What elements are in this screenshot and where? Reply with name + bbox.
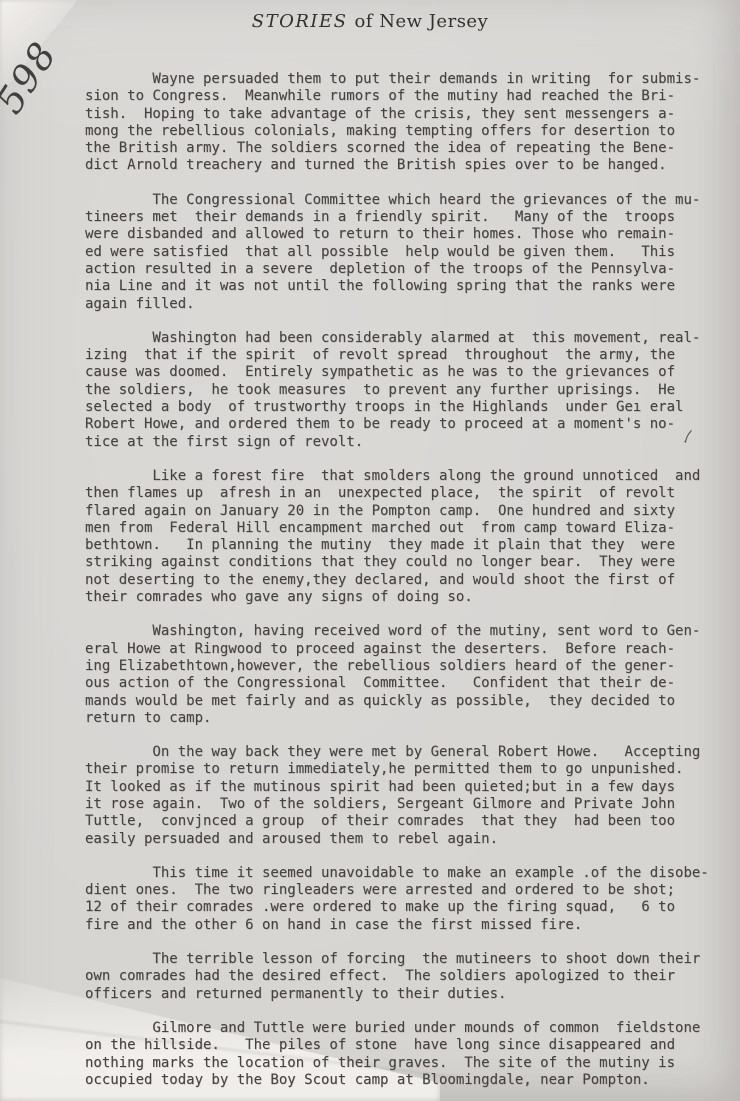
paragraph: On the way back they were met by General…	[85, 744, 725, 848]
scanned-page: 598 STORIESof New Jersey Wayne persuaded…	[0, 0, 740, 1101]
page-header: STORIESof New Jersey	[0, 11, 740, 32]
text-line: fire and the other 6 on hand in case the…	[85, 917, 725, 934]
text-line: nia Line and it was not until the follow…	[85, 278, 725, 295]
text-line: striking against conditions that they co…	[85, 554, 725, 571]
text-line: Robert Howe, and ordered them to be read…	[85, 416, 725, 433]
text-line: dict Arnold treachery and turned the Bri…	[85, 157, 725, 174]
text-line: ed were satisfied that all possible help…	[85, 244, 725, 261]
text-line: Tuttle, convjnced a group of their comra…	[85, 813, 725, 830]
text-line: return to camp.	[85, 710, 725, 727]
text-line: mands would be met fairly and as quickly…	[85, 693, 725, 710]
paragraph: Washington had been considerably alarmed…	[85, 330, 725, 451]
text-line: Wayne persuaded them to put their demand…	[85, 71, 725, 88]
text-line: own comrades had the desired effect. The…	[85, 968, 725, 985]
text-line: were disbanded and allowed to return to …	[85, 226, 725, 243]
text-line: men from Federal Hill encampment marched…	[85, 520, 725, 537]
paragraph: Washington, having received word of the …	[85, 623, 725, 727]
text-line: the British army. The soldiers scorned t…	[85, 140, 725, 157]
document-body: Wayne persuaded them to put their demand…	[85, 71, 725, 1101]
text-line: Gilmore and Tuttle were buried under mou…	[85, 1020, 725, 1037]
paragraph: The terrible lesson of forcing the mutin…	[85, 951, 725, 1003]
text-line: dient ones. The two ringleaders were arr…	[85, 882, 725, 899]
text-line: Like a forest fire that smolders along t…	[85, 468, 725, 485]
text-line: flared again on January 20 in the Pompto…	[85, 503, 725, 520]
text-line: again filled.	[85, 296, 725, 313]
text-line: cause was doomed. Entirely sympathetic a…	[85, 364, 725, 381]
text-line: not deserting to the enemy,they declared…	[85, 572, 725, 589]
paragraph: Wayne persuaded them to put their demand…	[85, 71, 725, 175]
text-line: sion to Congress. Meanwhile rumors of th…	[85, 88, 725, 105]
text-line: officers and returned permanently to the…	[85, 986, 725, 1003]
text-line: bethtown. In planning the mutiny they ma…	[85, 537, 725, 554]
paragraph: The Congressional Committee which heard …	[85, 192, 725, 313]
paragraph: This time it seemed unavoidable to make …	[85, 865, 725, 934]
text-line: their promise to return immediately,he p…	[85, 761, 725, 778]
text-line: izing that if the spirit of revolt sprea…	[85, 347, 725, 364]
text-line: Washington had been considerably alarmed…	[85, 330, 725, 347]
text-line: tice at the first sign of revolt.	[85, 434, 725, 451]
header-title-of-new-jersey: of New Jersey	[354, 11, 488, 32]
text-line: nothing marks the location of their grav…	[85, 1055, 725, 1072]
text-line: It looked as if the mutinous spirit had …	[85, 779, 725, 796]
text-line: tish. Hoping to take advantage of the cr…	[85, 106, 725, 123]
paragraph: Gilmore and Tuttle were buried under mou…	[85, 1020, 725, 1089]
text-line: easily persuaded and aroused them to reb…	[85, 831, 725, 848]
handwritten-page-number: 598	[0, 34, 66, 122]
text-line: The Congressional Committee which heard …	[85, 192, 725, 209]
text-line: tineers met their demands in a friendly …	[85, 209, 725, 226]
text-line: Washington, having received word of the …	[85, 623, 725, 640]
text-line: On the way back they were met by General…	[85, 744, 725, 761]
text-line: mong the rebellious colonials, making te…	[85, 123, 725, 140]
text-line: The terrible lesson of forcing the mutin…	[85, 951, 725, 968]
text-line: their comrades who gave any signs of doi…	[85, 589, 725, 606]
paragraph: Like a forest fire that smolders along t…	[85, 468, 725, 606]
text-line: action resulted in a severe depletion of…	[85, 261, 725, 278]
header-title-stories: STORIES	[252, 11, 348, 32]
text-line: on the hillside. The piles of stone have…	[85, 1037, 725, 1054]
text-line: selected a body of trustworthy troops in…	[85, 399, 725, 416]
text-line: it rose again. Two of the soldiers, Serg…	[85, 796, 725, 813]
text-line: eral Howe at Ringwood to proceed against…	[85, 641, 725, 658]
text-line: 12 of their comrades .were ordered to ma…	[85, 899, 725, 916]
text-line: This time it seemed unavoidable to make …	[85, 865, 725, 882]
text-line: occupied today by the Boy Scout camp at …	[85, 1072, 725, 1089]
text-line: the soldiers, he took measures to preven…	[85, 382, 725, 399]
text-line: ing Elizabethtown,however, the rebelliou…	[85, 658, 725, 675]
text-line: ous action of the Congressional Committe…	[85, 675, 725, 692]
text-line: then flames up afresh in an unexpected p…	[85, 485, 725, 502]
